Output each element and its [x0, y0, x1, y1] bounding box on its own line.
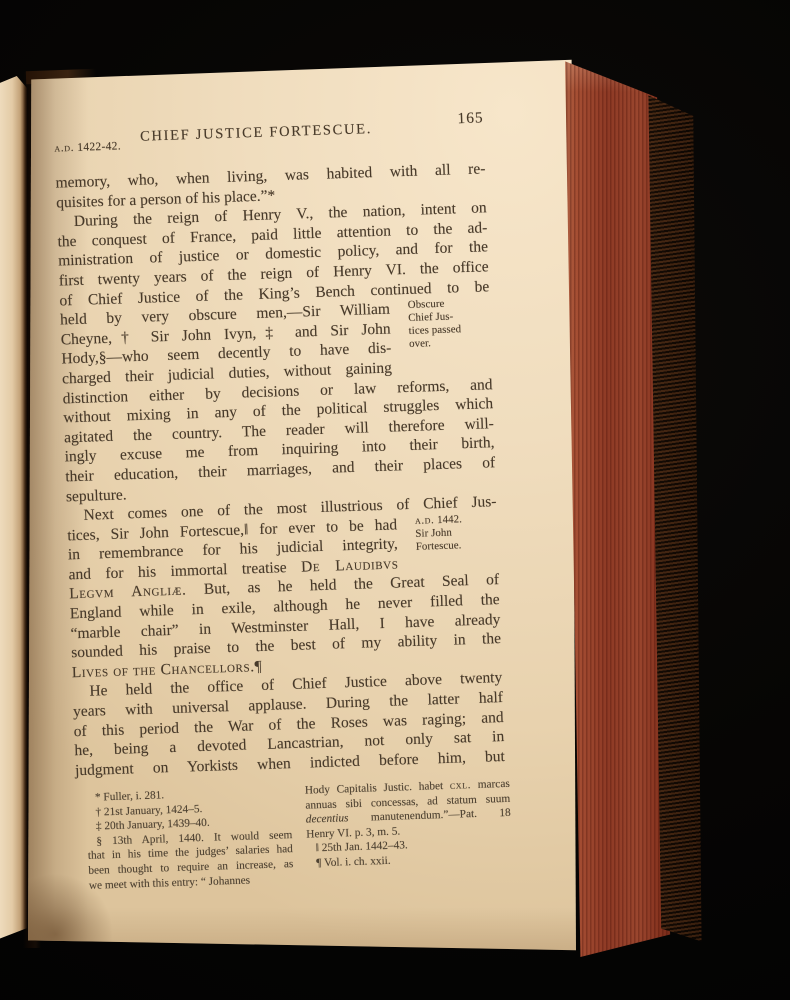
footnote-column-right: Hody Capitalis Justic. habet cxl. marcas…: [305, 777, 513, 886]
book-page: a.d. 1422-42. CHIEF JUSTICE FORTESCUE. 1…: [28, 58, 576, 952]
footnote-column-left: * Fuller, i. 281.† 21st January, 1424–5.…: [86, 784, 294, 893]
running-head-date: a.d. 1422-42.: [54, 137, 121, 159]
page-number: 165: [457, 108, 484, 128]
running-head-title: CHIEF JUSTICE FORTESCUE.: [140, 120, 373, 147]
page-text-block: a.d. 1422-42. CHIEF JUSTICE FORTESCUE. 1…: [53, 103, 509, 917]
body-text: memory, who, when living, was habited wi…: [55, 159, 505, 780]
margin-note-obscure-justices: ObscureChief Jus-tices passedover.: [408, 296, 496, 351]
photo-scene: a.d. 1422-42. CHIEF JUSTICE FORTESCUE. 1…: [0, 0, 790, 1000]
footnotes: * Fuller, i. 281.† 21st January, 1424–5.…: [86, 777, 513, 893]
page-header: a.d. 1422-42. CHIEF JUSTICE FORTESCUE. 1…: [54, 113, 485, 161]
margin-note-fortescue: a.d. 1442.Sir JohnFortescue.: [415, 512, 502, 554]
